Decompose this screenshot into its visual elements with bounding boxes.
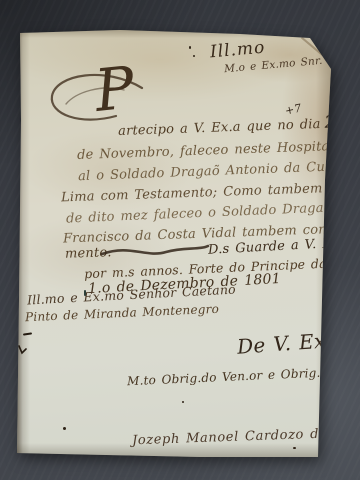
ink-speck — [193, 55, 195, 57]
initial-letter-P: P — [92, 58, 137, 120]
ink-speck — [293, 447, 296, 449]
ink-speck — [63, 427, 66, 430]
paper-edge-left — [17, 33, 30, 455]
paper-shadow-wrap: Ill.mo M.o e Ex.mo Snr. +7 P artecipo a … — [0, 0, 360, 480]
ink-speck — [189, 46, 191, 49]
document-paper: Ill.mo M.o e Ex.mo Snr. +7 P artecipo a … — [0, 0, 360, 480]
day-number: 21 — [324, 112, 347, 133]
body-line-1-text: artecipo a V. Ex.a que no dia — [118, 117, 321, 139]
closing-formula: De V. Ex.a — [236, 327, 344, 358]
salutation-abbrev: Ill.mo — [209, 38, 266, 63]
ink-speck — [182, 401, 184, 403]
ink-speck — [84, 290, 86, 296]
pen-flourish-dash — [100, 240, 210, 260]
closing-courtesy: M.to Obrig.do Ven.or e Obrig.mo C.o — [127, 364, 360, 388]
margin-check-mark — [18, 344, 27, 355]
photo-background: Ill.mo M.o e Ex.mo Snr. +7 P artecipo a … — [0, 0, 360, 480]
paper-edge-top — [20, 30, 312, 38]
